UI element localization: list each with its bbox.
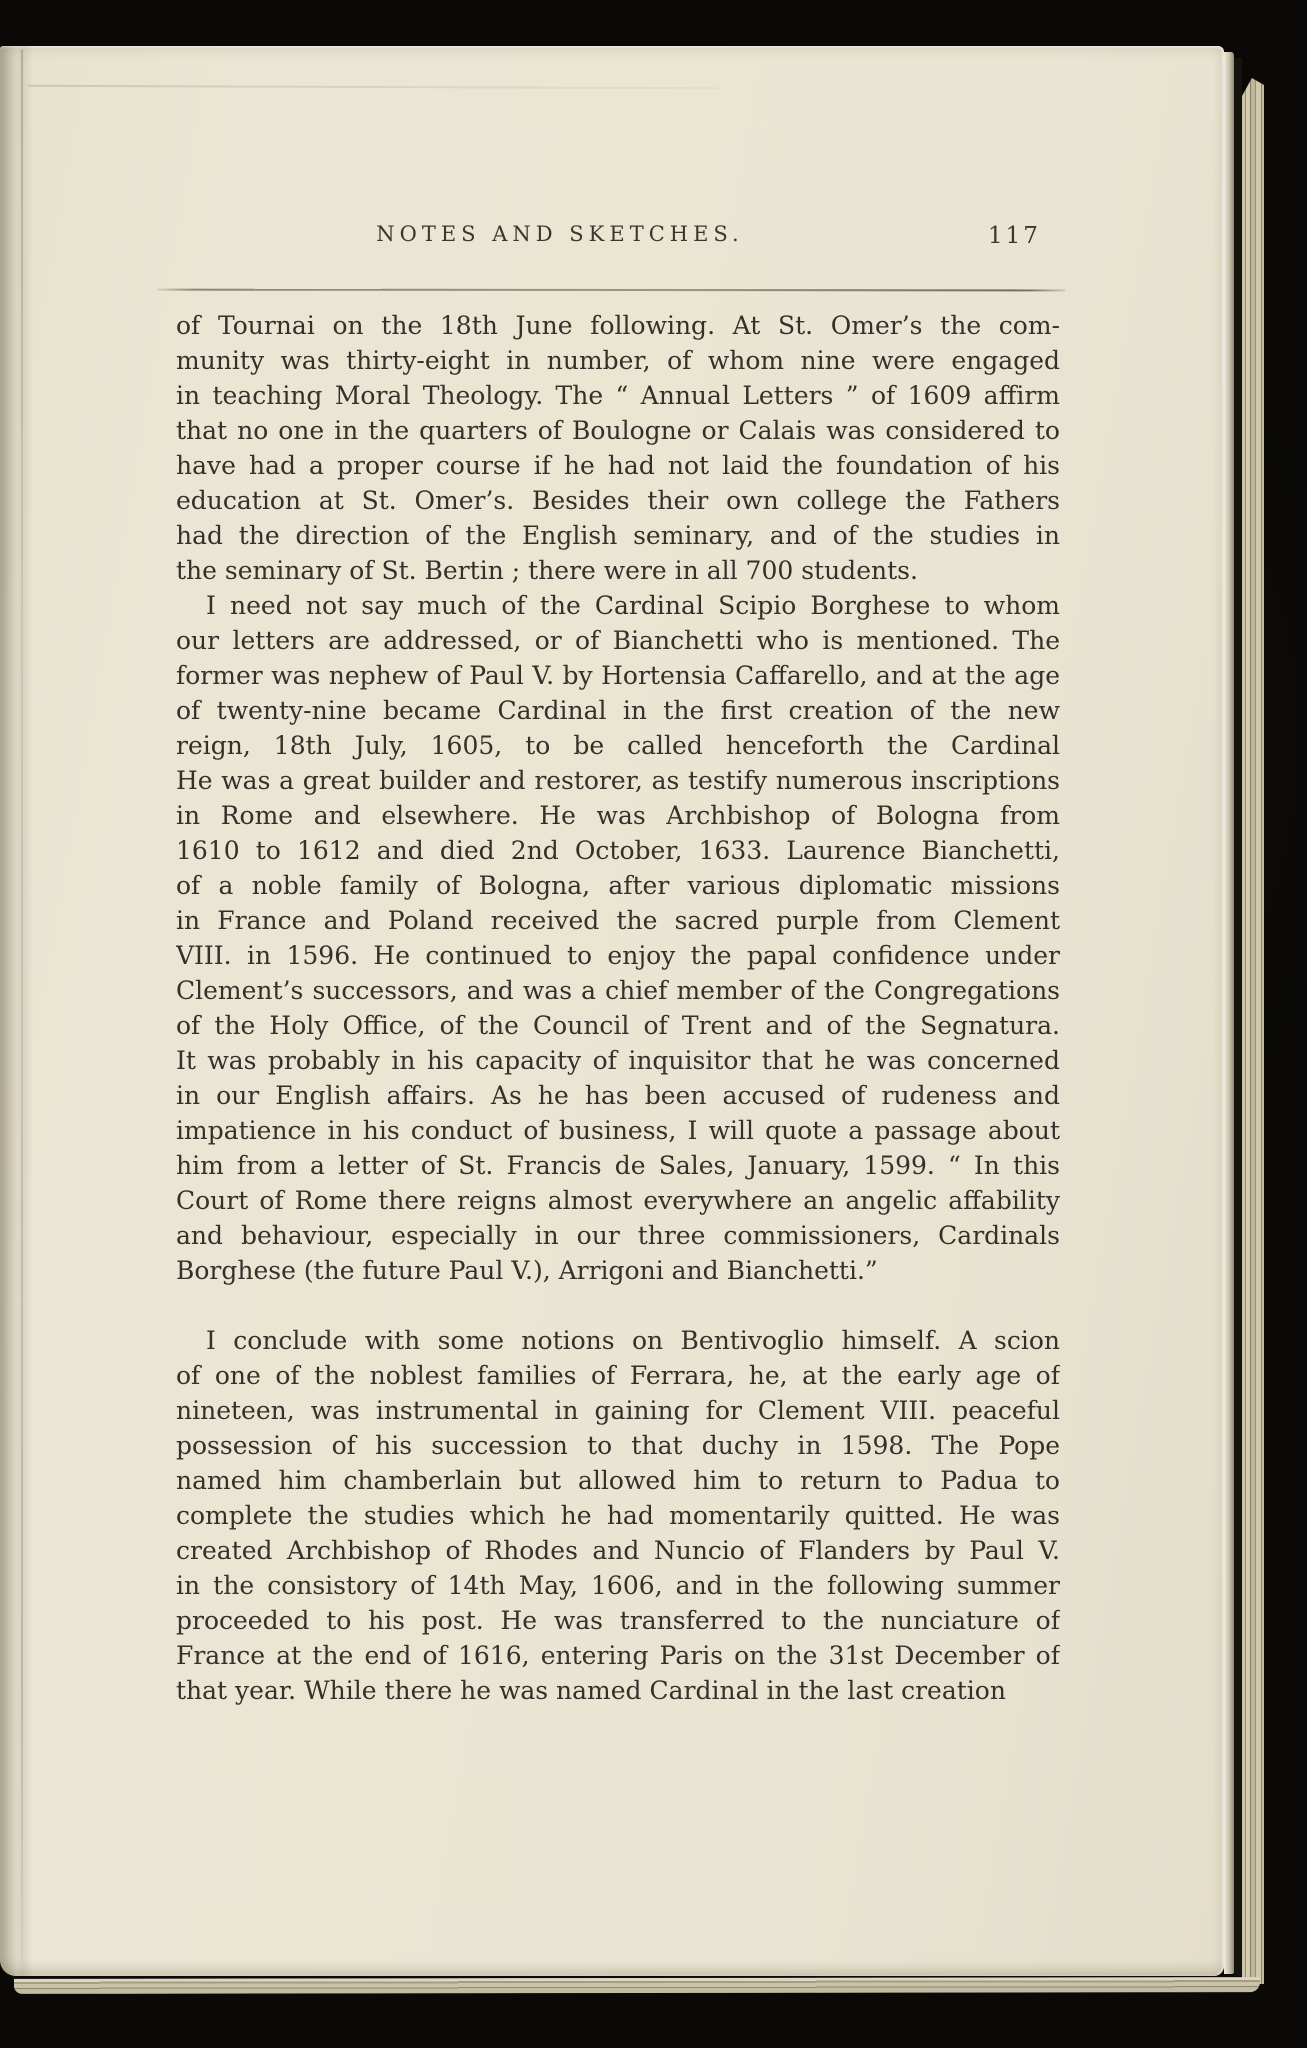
text-line: proceeded to his post. He was transferre… — [176, 1603, 1060, 1638]
text-line: Borghese (the future Paul V.), Arrigoni … — [176, 1253, 1060, 1288]
text-line: education at St. Omer’s. Besides their o… — [176, 483, 1060, 518]
text-line: in France and Poland received the sacred… — [176, 903, 1060, 938]
text-line: have had a proper course if he had not l… — [176, 448, 1060, 483]
paragraph: I conclude with some notions on Bentivog… — [176, 1323, 1060, 1708]
text-line: that no one in the quarters of Boulogne … — [176, 413, 1060, 448]
text-line: He was a great builder and restorer, as … — [176, 763, 1060, 798]
text-line: VIII. in 1596. He continued to enjoy the… — [176, 938, 1060, 973]
text-line: Clement’s successors, and was a chief me… — [176, 973, 1060, 1008]
text-line: munity was thirty-eight in number, of wh… — [176, 343, 1060, 378]
text-line: of Tournai on the 18th June following. A… — [176, 308, 1060, 343]
text-line: 1610 to 1612 and died 2nd October, 1633.… — [176, 833, 1060, 868]
page-edges-bottom — [14, 1977, 1260, 1994]
text-line: former was nephew of Paul V. by Hortensi… — [176, 658, 1060, 693]
text-line: I conclude with some notions on Bentivog… — [176, 1323, 1060, 1358]
text-line: of one of the noblest families of Ferrar… — [176, 1358, 1060, 1393]
text-line: of a noble family of Bologna, after vari… — [176, 868, 1060, 903]
text-line: our letters are addressed, or of Bianche… — [176, 623, 1060, 658]
text-line: had the direction of the English seminar… — [176, 518, 1060, 553]
text-line: of twenty-nine became Cardinal in the fi… — [176, 693, 1060, 728]
paragraph: I need not say much of the Cardinal Scip… — [176, 588, 1060, 1288]
text-line: nineteen, was instrumental in gaining fo… — [176, 1393, 1060, 1428]
text-line: in Rome and elsewhere. He was Archbishop… — [176, 798, 1060, 833]
text-line: that year. While there he was named Card… — [176, 1673, 1060, 1708]
running-head-title: NOTES AND SKETCHES. — [140, 222, 980, 256]
text-line: the seminary of St. Bertin ; there were … — [176, 553, 1060, 588]
page-edge-gap — [1234, 58, 1242, 1976]
text-line: impatience in his conduct of business, I… — [176, 1113, 1060, 1148]
text-line: I need not say much of the Cardinal Scip… — [176, 588, 1060, 623]
page-edge-lip — [1224, 52, 1234, 1974]
page-edges-right — [1242, 78, 1264, 1984]
header-rule — [157, 289, 1065, 292]
scan-background: NOTES AND SKETCHES. 117 of Tournai on th… — [0, 0, 1307, 2048]
book-page: NOTES AND SKETCHES. 117 of Tournai on th… — [0, 46, 1224, 1976]
text-line: in our English affairs. As he has been a… — [176, 1078, 1060, 1113]
text-block: of Tournai on the 18th June following. A… — [176, 308, 1060, 1708]
text-line: Court of Rome there reigns almost everyw… — [176, 1183, 1060, 1218]
text-line: and behaviour, especially in our three c… — [176, 1218, 1060, 1253]
text-line: in the consistory of 14th May, 1606, and… — [176, 1568, 1060, 1603]
text-line: him from a letter of St. Francis de Sale… — [176, 1148, 1060, 1183]
text-line: possession of his succession to that duc… — [176, 1428, 1060, 1463]
text-line: of the Holy Office, of the Council of Tr… — [176, 1008, 1060, 1043]
text-line: named him chamberlain but allowed him to… — [176, 1463, 1060, 1498]
gutter-crease — [21, 50, 23, 1961]
paragraph: of Tournai on the 18th June following. A… — [176, 308, 1060, 588]
text-line: It was probably in his capacity of inqui… — [176, 1043, 1060, 1078]
page-number: 117 — [988, 223, 1068, 257]
text-line: France at the end of 1616, entering Pari… — [176, 1638, 1060, 1673]
text-line: created Archbishop of Rhodes and Nuncio … — [176, 1533, 1060, 1568]
text-line: complete the studies which he had moment… — [176, 1498, 1060, 1533]
text-line: in teaching Moral Theology. The “ Annual… — [176, 378, 1060, 413]
page-crease — [28, 85, 718, 89]
text-line: reign, 18th July, 1605, to be called hen… — [176, 728, 1060, 763]
